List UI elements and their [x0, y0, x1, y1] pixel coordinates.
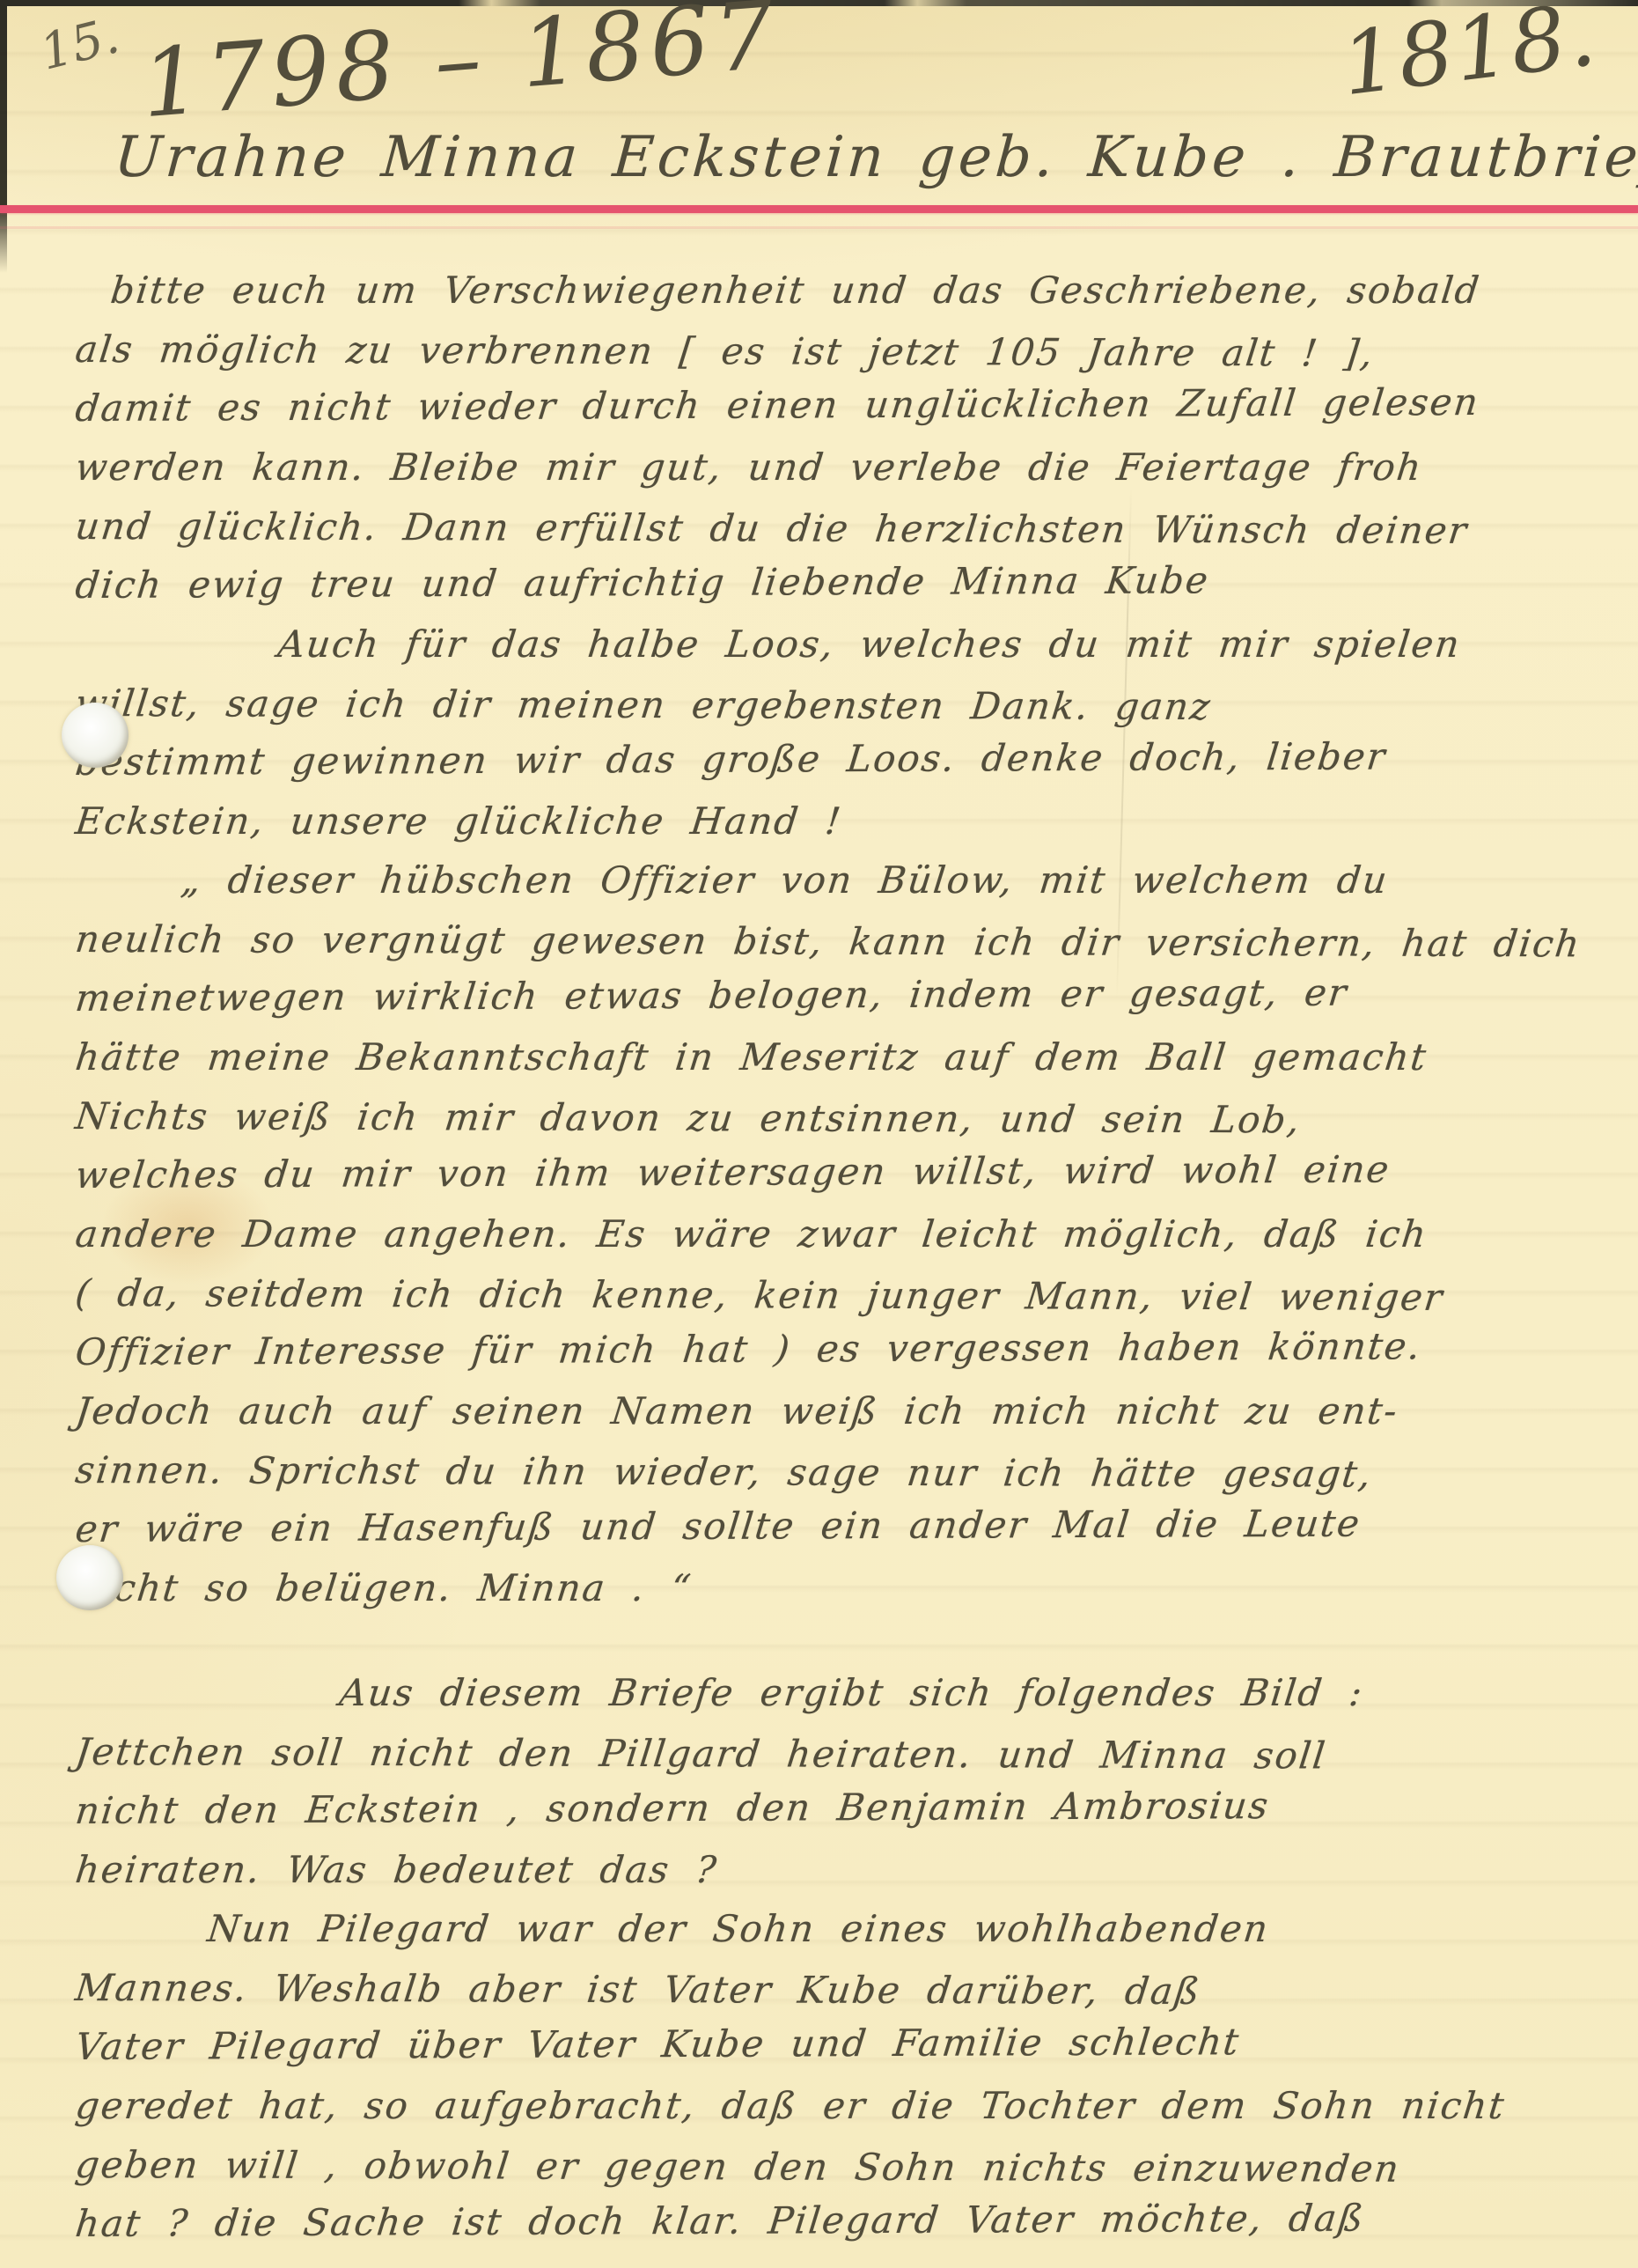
- scanned-letter-page: 15. 1798 – 1867 1818. Urahne Minna Eckst…: [0, 0, 1638, 2268]
- handwriting-line: werden kann. Bleibe mir gut, und verlebe…: [72, 438, 1628, 497]
- handwriting-line: Vater Pilegard über Vater Kube und Famil…: [72, 2010, 1628, 2076]
- handwriting-line: welches du mir von ihm weitersagen wills…: [72, 1138, 1628, 1204]
- handwriting-line: Offizier Interesse für mich hat ) es ver…: [72, 1315, 1628, 1381]
- letter-paragraph: „ dieser hübschen Offizier von Bülow, mi…: [76, 850, 1625, 1617]
- handwriting-line: hätte meine Bekanntschaft in Meseritz au…: [72, 1027, 1628, 1086]
- handwriting-line: meinetwegen wirklich etwas belogen, inde…: [72, 961, 1628, 1027]
- letter-year: 1818.: [1336, 0, 1602, 115]
- page-title: Urahne Minna Eckstein geb. Kube . Brautb…: [112, 125, 1638, 190]
- handwriting-line: Jedoch auch auf seinen Namen weiß ich mi…: [72, 1381, 1628, 1440]
- handwriting-line: er wäre ein Hasenfuß und sollte ein ande…: [72, 1492, 1628, 1558]
- handwriting-line: Eckstein, unsere glückliche Hand !: [72, 792, 1628, 850]
- life-dates: 1798 – 1867: [137, 0, 782, 138]
- scan-edge-top: [0, 0, 1638, 6]
- letter-paragraph: bitte euch um Verschwiegenheit und das G…: [76, 261, 1625, 615]
- handwriting-line: nicht den Eckstein , sondern den Benjami…: [72, 1774, 1628, 1840]
- punch-hole-bottom: [56, 1545, 123, 1610]
- letter-paragraph: Aus diesem Briefe ergibt sich folgendes …: [76, 1663, 1625, 1899]
- handwriting-line: geredet hat, so aufgebracht, daß er die …: [72, 2076, 1628, 2135]
- scan-edge-left: [0, 0, 7, 273]
- archive-number: 15.: [34, 7, 124, 82]
- letter-paragraph: Auch für das halbe Loos, welches du mit …: [76, 615, 1625, 850]
- title-underline-rule-echo: [0, 226, 1638, 229]
- handwriting-line: hat ? die Sache ist doch klar. Pilegard …: [72, 2187, 1628, 2253]
- handwriting-line: heiraten. Was bedeutet das ?: [72, 1840, 1628, 1899]
- handwriting-line: andere Dame angehen. Es wäre zwar leicht…: [72, 1204, 1628, 1263]
- handwriting-line: „ dieser hübschen Offizier von Bülow, mi…: [72, 850, 1628, 909]
- handwriting-line: Aus diesem Briefe ergibt sich folgendes …: [72, 1663, 1628, 1722]
- title-underline-rule: [0, 205, 1638, 213]
- handwriting-line: Auch für das halbe Loos, welches du mit …: [72, 615, 1628, 674]
- letter-body: bitte euch um Verschwiegenheit und das G…: [76, 261, 1625, 2253]
- handwriting-line: dich ewig treu und aufrichtig liebende M…: [72, 549, 1628, 615]
- letter-paragraph: Nun Pilegard war der Sohn eines wohlhabe…: [76, 1899, 1625, 2253]
- handwriting-line: nicht so belügen. Minna . “: [72, 1558, 1628, 1617]
- handwriting-line: bitte euch um Verschwiegenheit und das G…: [72, 261, 1628, 320]
- handwriting-line: damit es nicht wieder durch einen unglüc…: [72, 372, 1628, 438]
- handwriting-line: bestimmt gewinnen wir das große Loos. de…: [72, 725, 1628, 792]
- handwriting-line: Nun Pilegard war der Sohn eines wohlhabe…: [72, 1899, 1628, 1958]
- punch-hole-top: [62, 703, 129, 768]
